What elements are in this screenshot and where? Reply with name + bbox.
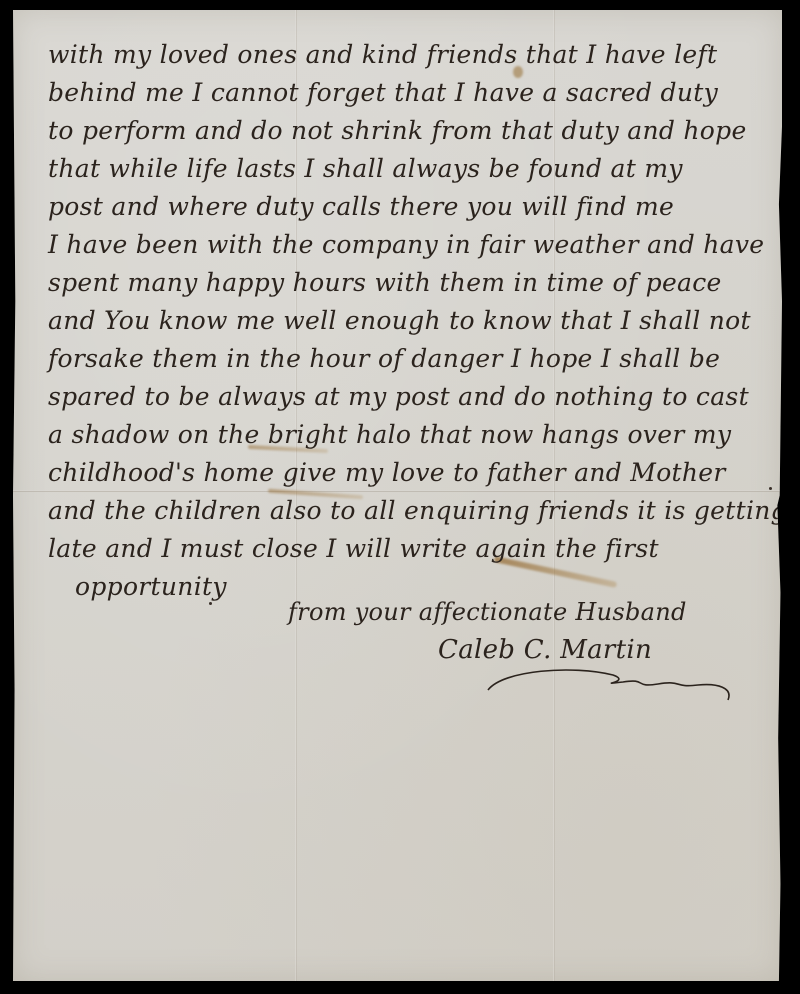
signature-flourish-icon (483, 660, 743, 705)
letter-line-5: post and where duty calls there you will… (48, 192, 674, 221)
letter-closing: from your affectionate Husband (288, 598, 687, 626)
letter-line-12: childhood's home give my love to father … (48, 458, 726, 487)
paper-sheet: with my loved ones and kind friends that… (13, 10, 782, 981)
letter-line-11: a shadow on the bright halo that now han… (48, 420, 731, 449)
ink-speck (209, 602, 212, 605)
letter-line-10: spared to be always at my post and do no… (48, 382, 749, 411)
letter-line-4: that while life lasts I shall always be … (48, 154, 683, 183)
ink-speck-margin (769, 487, 772, 490)
letter-line-14: late and I must close I will write again… (48, 534, 659, 563)
letter-line-13: and the children also to all enquiring f… (48, 496, 787, 525)
letter-line-1: with my loved ones and kind friends that… (48, 40, 717, 69)
letter-line-3: to perform and do not shrink from that d… (48, 116, 747, 145)
letter-line-7: spent many happy hours with them in time… (48, 268, 722, 297)
letter-line-9: forsake them in the hour of danger I hop… (48, 344, 720, 373)
letter-line-2: behind me I cannot forget that I have a … (48, 78, 718, 107)
scanned-letter: with my loved ones and kind friends that… (0, 0, 800, 994)
letter-line-8: and You know me well enough to know that… (48, 306, 751, 335)
letter-line-15: opportunity (75, 572, 227, 601)
horizontal-fold (13, 490, 782, 492)
letter-line-6: I have been with the company in fair wea… (48, 230, 764, 259)
